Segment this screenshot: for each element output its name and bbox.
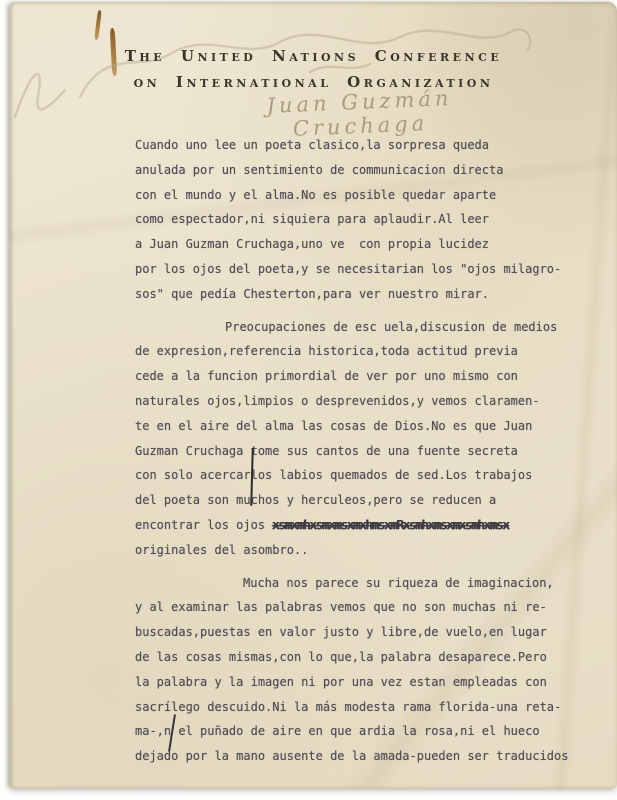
- typed-line: naturales ojos,limpios o desprevenidos,y…: [135, 393, 587, 418]
- typed-line: cede a la funcion primordial de ver por …: [135, 368, 587, 393]
- typed-line: encontrar los ojos xsmxmhxsmxmsxmxhmsxmR…: [135, 517, 587, 542]
- typed-line: originales del asombro..: [135, 542, 587, 567]
- typed-line: a Juan Guzman Cruchaga,uno ve con propia…: [135, 236, 587, 261]
- typed-line: con el mundo y el alma.No es posible que…: [135, 187, 587, 212]
- typed-line: Mucha nos parece su riqueza de imaginaci…: [135, 575, 587, 600]
- typed-line: buscadas,puestas en valor justo y libre,…: [135, 624, 587, 649]
- typed-line: con solo acercarlos labios quemados de s…: [135, 467, 587, 492]
- strikethrough-overtype: xsmxmhxsmxmsxmxhmsxmRxsmhxmsxmxsmhxmsx: [272, 518, 509, 532]
- typed-line: de expresion,referencia historica,toda a…: [135, 343, 587, 368]
- typed-line: del poeta son muchos y herculeos,pero se…: [135, 492, 587, 517]
- typed-line: como espectador,ni siquiera para aplaudi…: [135, 211, 587, 236]
- typed-line: Guzman Cruchaga tome sus cantos de una f…: [135, 443, 587, 468]
- typed-line: Preocupaciones de esc uela,discusion de …: [135, 319, 587, 344]
- typed-line: por los ojos del poeta,y se necesitarian…: [135, 261, 587, 286]
- typed-line: dejado por la mano ausente de la amada-p…: [135, 748, 587, 773]
- typed-text-block: Cuando uno lee un poeta clasico,la sorpr…: [135, 137, 587, 773]
- typed-line: te en el aire del alma las cosas de Dios…: [135, 418, 587, 443]
- typed-line: ma-,n el puñado de aire en que ardia la …: [135, 723, 587, 748]
- typed-line: anulada por un sentimiento de communicac…: [135, 162, 587, 187]
- typed-line: de las cosas mismas,con lo que,la palabr…: [135, 649, 587, 674]
- handwritten-name: Juan Guzmán Cruchaga: [194, 83, 526, 145]
- typed-line: sacrílego descuido.Ni la más modesta ram…: [135, 699, 587, 724]
- letterhead-line-2: on International Organization: [10, 75, 617, 90]
- typed-line: y al examinar las palabras vemos que no …: [135, 599, 587, 624]
- typed-line: sos" que pedía Chesterton,para ver nuest…: [135, 286, 587, 311]
- rust-stain-mark: [94, 10, 102, 40]
- typed-line: Cuando uno lee un poeta clasico,la sorpr…: [135, 137, 587, 162]
- paper-sheet: The United Nations Conference on Interna…: [10, 2, 617, 788]
- typed-line: la palabra y la imagen ni por una vez es…: [135, 674, 587, 699]
- letterhead: The United Nations Conference on Interna…: [10, 49, 617, 90]
- typed-line-text: encontrar los ojos: [135, 518, 272, 532]
- letterhead-line-1: The United Nations Conference: [10, 49, 617, 64]
- scanned-document-page: The United Nations Conference on Interna…: [0, 0, 617, 800]
